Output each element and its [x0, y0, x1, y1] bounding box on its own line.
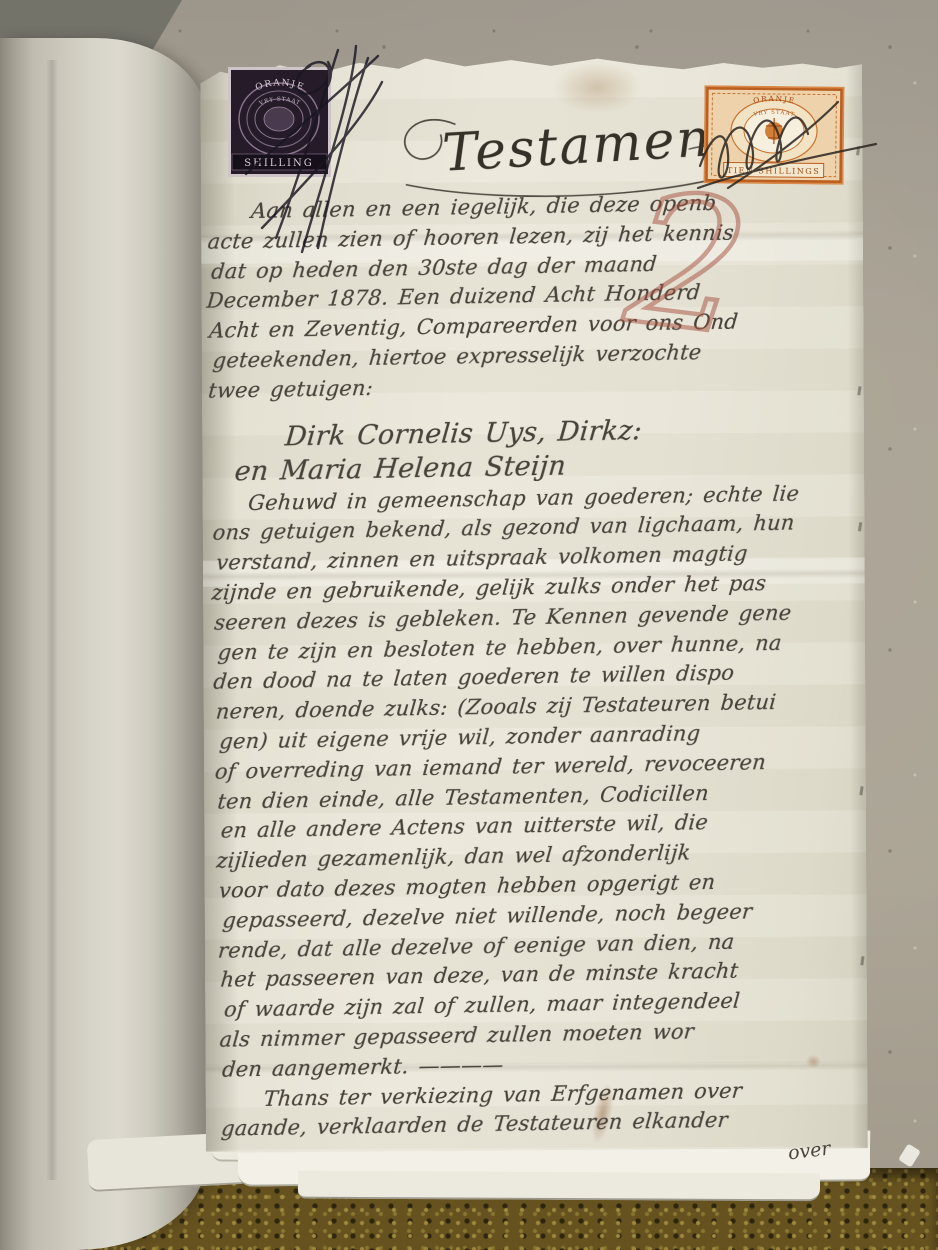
photo-scene: Testament Aan allen en een iegelijk, die… [0, 0, 938, 1250]
sheet-edge [298, 1171, 820, 1202]
rolled-book-pages [0, 38, 206, 1250]
stamp-cancellation-right [688, 92, 888, 212]
paper-scrap [898, 1143, 921, 1167]
roll-crease [46, 60, 58, 1180]
stamp-cancellation-left [210, 42, 388, 272]
